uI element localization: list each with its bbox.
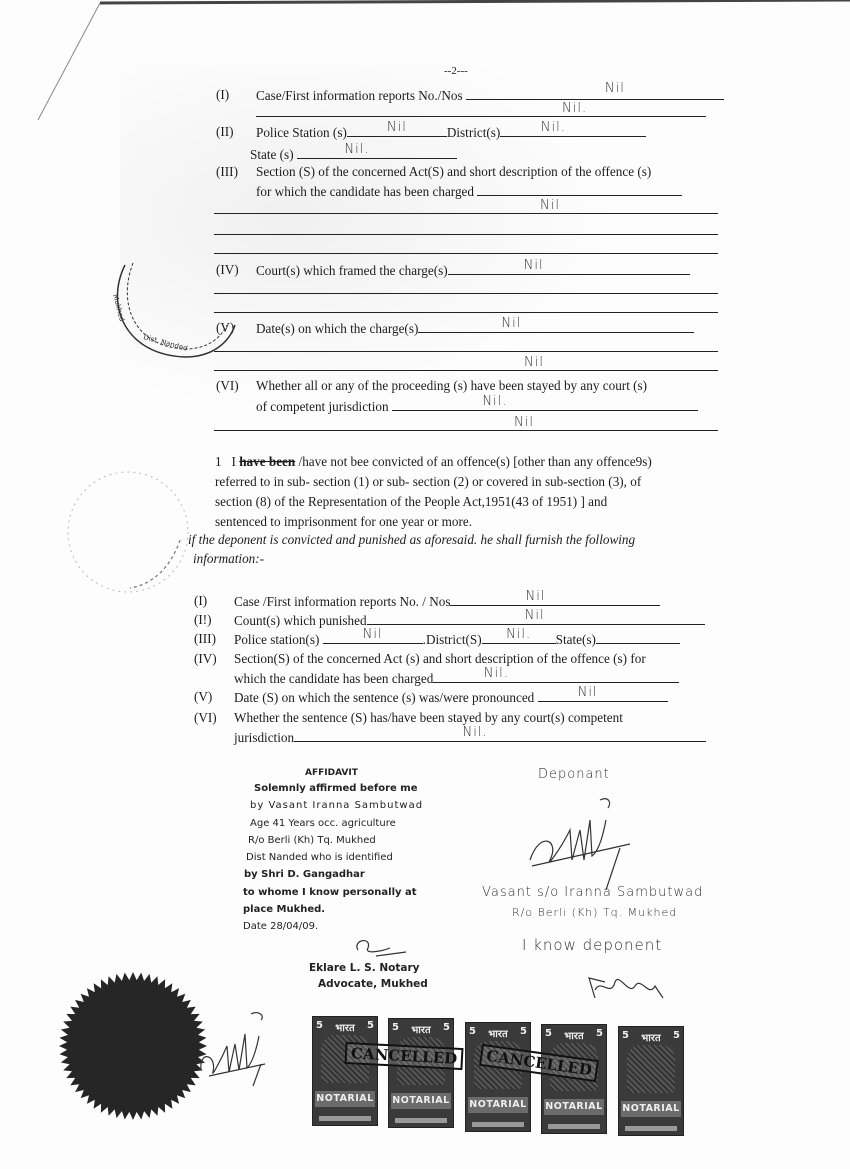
item-number: (VI)	[216, 378, 239, 394]
official-round-seal: Mukhed Dist. Nanded	[105, 245, 245, 365]
field-label: Police Station (s)	[256, 125, 347, 140]
declaration-line-4: sentenced to imprisonment for one year o…	[215, 514, 472, 530]
deponent-signature	[520, 790, 640, 890]
section-b-item-sections: Section(S) of the concerned Act (s) and …	[234, 651, 646, 667]
charge-date-line	[214, 351, 718, 352]
faded-round-seal	[60, 460, 200, 610]
section-b-item-sentence-stayed: Whether the sentence (S) has/have been s…	[234, 710, 623, 726]
identifier-signature	[585, 968, 675, 1018]
item-number: (II)	[216, 124, 234, 140]
charge-date-field: Nil	[418, 320, 694, 333]
ashoka-emblem-icon	[627, 1045, 675, 1093]
fir-number-field: Nil	[450, 593, 660, 606]
deponent-residence: R/o Berli (Kh) Tq. Mukhed	[512, 906, 677, 919]
district-field: Nil.	[500, 124, 646, 137]
sections-field: Nil.	[433, 670, 679, 683]
court-line	[214, 312, 718, 313]
deponent-label: Deponant	[538, 767, 610, 782]
section-b-item-police-station: Police station(s) Nil.District(S)Nil.Sta…	[234, 631, 680, 648]
svg-text:Dist. Nanded: Dist. Nanded	[142, 333, 188, 352]
police-station-field: Nil	[347, 124, 447, 137]
court-punished-field: Nil	[367, 612, 705, 625]
revenue-stamp: 5भारत5NOTARIAL	[388, 1018, 454, 1128]
item-number: (VI)	[194, 710, 217, 726]
declaration-line-2: referred to in sub- section (1) or sub- …	[215, 474, 641, 490]
notary-name: Eklare L. S. Notary	[309, 962, 419, 974]
declaration-instruction-2: information:-	[193, 551, 264, 567]
deponent-name: Vasant s/o Iranna Sambutwad	[482, 885, 703, 900]
state-field: Nil.	[297, 146, 457, 159]
item-number: (I)	[216, 87, 229, 103]
section-a-item-court: Court(s) which framed the charge(s)Nil	[256, 262, 690, 279]
declaration-line-1: 1 I have been /have not bee convicted of…	[215, 454, 652, 470]
page-number: --2---	[444, 65, 468, 77]
section-b-item-sentence-date: Date (S) on which the sentence (s) was/w…	[234, 689, 668, 706]
item-number: (III)	[194, 631, 216, 647]
deponent-signature-on-seal	[195, 1010, 285, 1090]
stayed-field: Nil.	[392, 398, 698, 411]
section-a-item-stayed: Whether all or any of the proceeding (s)…	[256, 378, 647, 394]
district-field: Nil.	[482, 631, 556, 644]
sentence-date-field: Nil	[538, 689, 668, 702]
section-a-item-sections: Section (S) of the concerned Act(S) and …	[256, 164, 651, 180]
notary-title: Advocate, Mukhed	[318, 978, 428, 990]
revenue-stamp: 5भारत5NOTARIAL	[312, 1016, 378, 1126]
item-number: (V)	[194, 689, 212, 705]
identifier-note: I know deponent	[522, 936, 662, 954]
stayed-line: Nil	[214, 430, 718, 431]
section-a-item-sections-line2: for which the candidate has been charged	[256, 183, 682, 200]
svg-text:Mukhed: Mukhed	[111, 293, 126, 322]
section-a-item-charge-date: Date(s) on which the charge(s)Nil	[256, 320, 694, 337]
fir-continuation-line: Nil.	[256, 116, 706, 117]
revenue-stamp: 5भारत5NOTARIAL	[618, 1026, 684, 1136]
sections-line: Nil	[214, 213, 718, 214]
section-a-item-case-fir: Case/First information reports No./Nos N…	[256, 87, 724, 104]
court-line	[214, 293, 718, 294]
item-number: (IV)	[194, 651, 217, 667]
item-number: (III)	[216, 164, 238, 180]
struck-text: have been	[239, 454, 295, 469]
embossed-notary-seal	[55, 958, 215, 1133]
revenue-stamp: 5भारत5NOTARIAL	[465, 1022, 531, 1132]
fir-number-field: Nil	[466, 87, 724, 100]
sentence-stayed-field: Nil.	[294, 729, 706, 742]
sections-line	[214, 253, 718, 254]
section-b-item-court-punished: Count(s) which punishedNil	[234, 612, 705, 629]
declaration-instruction-1: if the deponent is convicted and punishe…	[188, 532, 635, 548]
sections-field	[477, 183, 682, 196]
affidavit-title: AFFIDAVIT	[305, 768, 358, 778]
section-b-item-sentence-stayed-line2: jurisdictionNil.	[234, 729, 706, 746]
charge-date-line: Nil	[214, 370, 718, 371]
sections-line	[214, 234, 718, 235]
court-field: Nil	[448, 262, 690, 275]
section-a-item-police-station: Police Station (s)NilDistrict(s)Nil.	[256, 124, 646, 141]
item-number: (I!)	[194, 612, 212, 628]
field-label: Case/First information reports No./Nos	[256, 88, 463, 103]
declaration-line-3: section (8) of the Representation of the…	[215, 494, 607, 510]
section-a-item-stayed-line2: of competent jurisdiction Nil.	[256, 398, 698, 415]
state-field	[596, 631, 680, 644]
police-station-field: Nil	[323, 631, 423, 644]
section-a-item-state: State (s) Nil.	[250, 146, 457, 163]
notary-initials-signature	[350, 930, 410, 960]
